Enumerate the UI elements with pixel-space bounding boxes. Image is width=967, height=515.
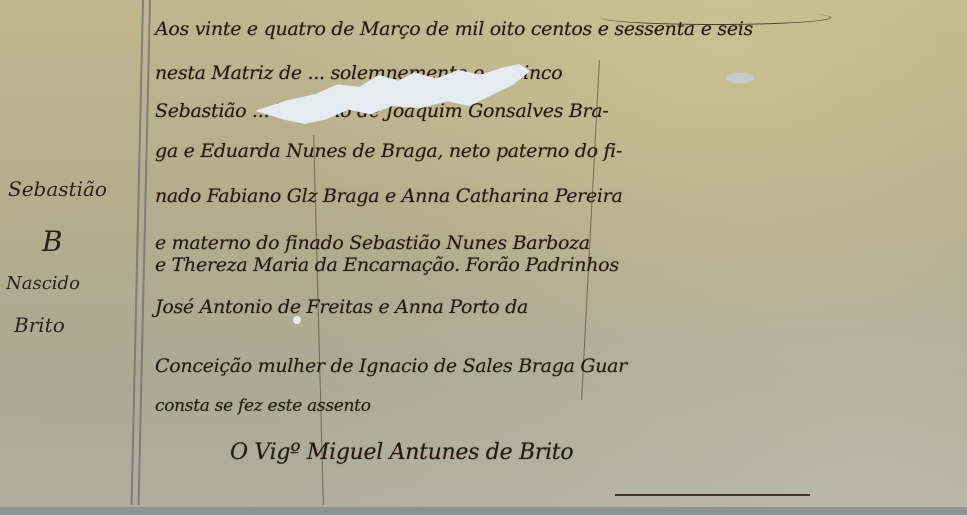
entry-line-2: nesta Matriz de ... solemnemente o ... c… <box>155 62 955 84</box>
margin-note-initial: B <box>42 225 63 258</box>
entry-line-4: ga e Eduarda Nunes de Braga, neto patern… <box>155 140 955 162</box>
document-page: Sebastião B Nascido Brito Aos vinte e qu… <box>0 0 967 515</box>
entry-line-10: consta se fez este assento <box>155 396 955 416</box>
entry-line-9: Conceição mulher de Ignacio de Sales Bra… <box>155 355 955 377</box>
entry-line-5: nado Fabiano Glz Braga e Anna Catharina … <box>155 185 955 207</box>
margin-rule-left <box>131 0 144 505</box>
entry-line-6: e materno do finado Sebastião Nunes Barb… <box>155 232 955 254</box>
signature-underline <box>615 494 810 496</box>
page-bottom-edge <box>0 507 967 515</box>
entry-line-1: Aos vinte e quatro de Março de mil oito … <box>155 18 955 40</box>
entry-line-7: e Thereza Maria da Encarnação. Forão Pad… <box>155 254 955 276</box>
paper-tear-small <box>726 73 754 83</box>
margin-note-status: Nascido <box>6 273 80 294</box>
margin-note-surname: Brito <box>14 313 65 337</box>
entry-line-8: José Antonio de Freitas e Anna Porto da <box>155 296 955 318</box>
signature: O Vigº Miguel Antunes de Brito <box>230 440 967 465</box>
margin-note-name: Sebastião <box>8 177 107 201</box>
pinhole <box>293 316 301 324</box>
